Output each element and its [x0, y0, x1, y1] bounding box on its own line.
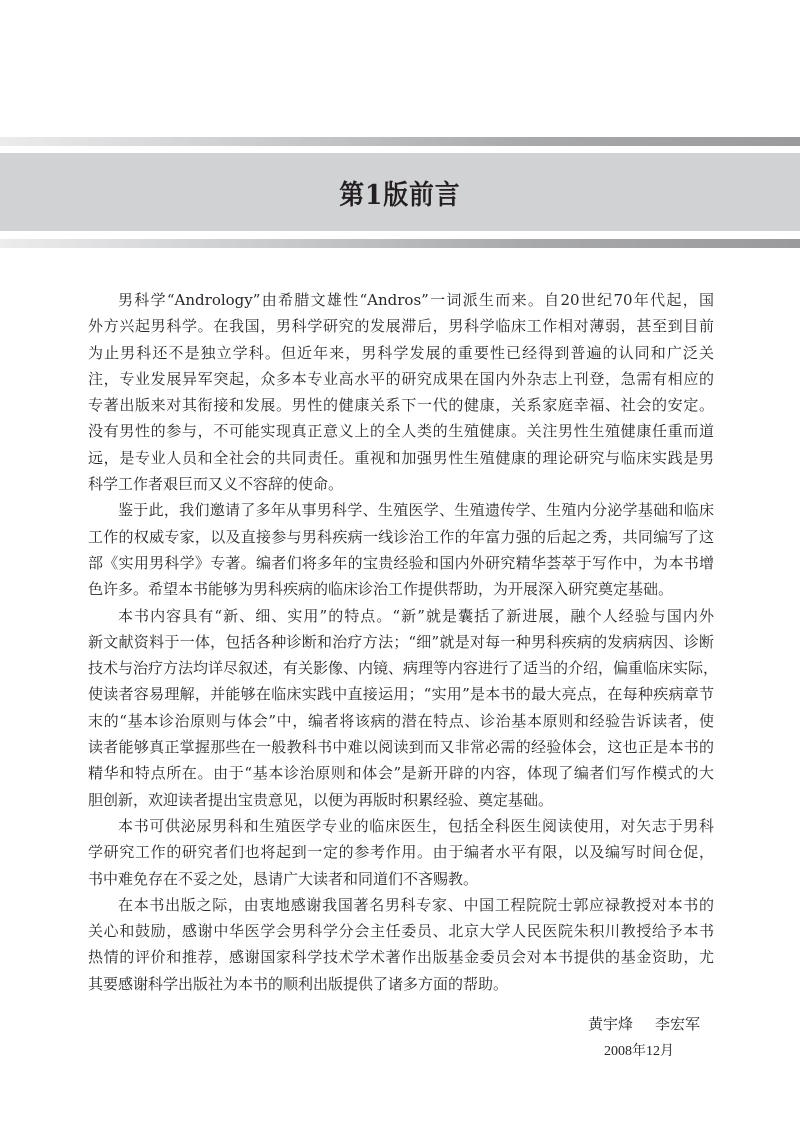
text-line: 本书内容具有“新、细、实用”的特点。“新”就是囊括了新进展，融个人经验与国内外: [88, 603, 714, 629]
author-name: 黄宇烽: [588, 1015, 633, 1033]
text-line: 科学工作者艰巨而又义不容辞的使命。: [88, 471, 714, 497]
author-name: 李宏军: [655, 1015, 700, 1033]
decorative-top-bar: [0, 137, 800, 146]
text-line: 部《实用男科学》专著。编者们将多年的宝贵经验和国内外研究精华荟萃于写作中，为本书…: [88, 550, 714, 576]
paragraph-4: 本书可供泌尿男科和生殖医学专业的临床医生，包括全科医生阅读使用，对矢志于男科 学…: [88, 813, 714, 892]
text-line: 没有男性的参与，不可能实现真正意义上的全人类的生殖健康。关注男性生殖健康任重而道: [88, 418, 714, 444]
text-line: 工作的权威专家，以及直接参与男科疾病一线诊治工作的年富力强的后起之秀，共同编写了…: [88, 524, 714, 550]
text-line: 热情的评价和推荐，感谢国家科学技术学术著作出版基金委员会对本书提供的基金资助，尤: [88, 944, 714, 970]
author-signature: 黄宇烽李宏军: [588, 1013, 700, 1034]
text-line: 在本书出版之际，由衷地感谢我国著名男科专家、中国工程院院士郭应禄教授对本书的: [88, 892, 714, 918]
text-line: 使读者容易理解，并能够在临床实践中直接运用；“实用”是本书的最大亮点，在每种疾病…: [88, 681, 714, 707]
text-line: 胆创新，欢迎读者提出宝贵意见，以便为再版时积累经验、奠定基础。: [88, 787, 714, 813]
paragraph-5: 在本书出版之际，由衷地感谢我国著名男科专家、中国工程院院士郭应禄教授对本书的 关…: [88, 892, 714, 997]
text-line: 为止男科还不是独立学科。但近年来，男科学发展的重要性已经得到普遍的认同和广泛关: [88, 340, 714, 366]
paragraph-2: 鉴于此，我们邀请了多年从事男科学、生殖医学、生殖遗传学、生殖内分泌学基础和临床 …: [88, 497, 714, 602]
title-band: 第1版前言: [0, 153, 800, 231]
text-line: 技术与治疗方法均详尽叙述，有关影像、内镜、病理等内容进行了适当的介绍，偏重临床实…: [88, 655, 714, 681]
text-line: 末的“基本诊治原则与体会”中，编者将该病的潜在特点、诊治基本原则和经验告诉读者，…: [88, 708, 714, 734]
text-line: 其要感谢科学出版社为本书的顺利出版提供了诸多方面的帮助。: [88, 971, 714, 997]
text-line: 新文献资料于一体，包括各种诊断和治疗方法；“细”就是对每一种男科疾病的发病病因、…: [88, 629, 714, 655]
decorative-bottom-bar: [0, 239, 800, 248]
page-title: 第1版前言: [339, 173, 460, 212]
signature-date: 2008年12月: [604, 1040, 674, 1060]
text-line: 书中难免存在不妥之处，恳请广大读者和同道们不吝赐教。: [88, 866, 714, 892]
paragraph-1: 男科学“Andrology”由希腊文雄性“Andros”一词派生而来。自20世纪…: [88, 287, 714, 497]
text-line: 远，是专业人员和全社会的共同责任。重视和加强男性生殖健康的理论研究与临床实践是男: [88, 445, 714, 471]
preface-body: 男科学“Andrology”由希腊文雄性“Andros”一词派生而来。自20世纪…: [88, 287, 714, 997]
text-line: 读者能够真正掌握那些在一般教科书中难以阅读到而又非常必需的经验体会，这也正是本书…: [88, 734, 714, 760]
text-line: 本书可供泌尿男科和生殖医学专业的临床医生，包括全科医生阅读使用，对矢志于男科: [88, 813, 714, 839]
text-line: 学研究工作的研究者们也将起到一定的参考作用。由于编者水平有限，以及编写时间仓促，: [88, 839, 714, 865]
text-line: 外方兴起男科学。在我国，男科学研究的发展滞后，男科学临床工作相对薄弱，甚至到目前: [88, 313, 714, 339]
text-line: 色许多。希望本书能够为男科疾病的临床诊治工作提供帮助，为开展深入研究奠定基础。: [88, 576, 714, 602]
text-line: 精华和特点所在。由于“基本诊治原则和体会”是新开辟的内容，体现了编者们写作模式的…: [88, 760, 714, 786]
text-line: 注，专业发展异军突起，众多本专业高水平的研究成果在国内外杂志上刊登，急需有相应的: [88, 366, 714, 392]
text-line: 关心和鼓励，感谢中华医学会男科学分会主任委员、北京大学人民医院朱积川教授给予本书: [88, 918, 714, 944]
text-line: 鉴于此，我们邀请了多年从事男科学、生殖医学、生殖遗传学、生殖内分泌学基础和临床: [88, 497, 714, 523]
paragraph-3: 本书内容具有“新、细、实用”的特点。“新”就是囊括了新进展，融个人经验与国内外 …: [88, 603, 714, 813]
text-line: 男科学“Andrology”由希腊文雄性“Andros”一词派生而来。自20世纪…: [88, 287, 714, 313]
text-line: 专著出版来对其衔接和发展。男性的健康关系下一代的健康，关系家庭幸福、社会的安定。: [88, 392, 714, 418]
